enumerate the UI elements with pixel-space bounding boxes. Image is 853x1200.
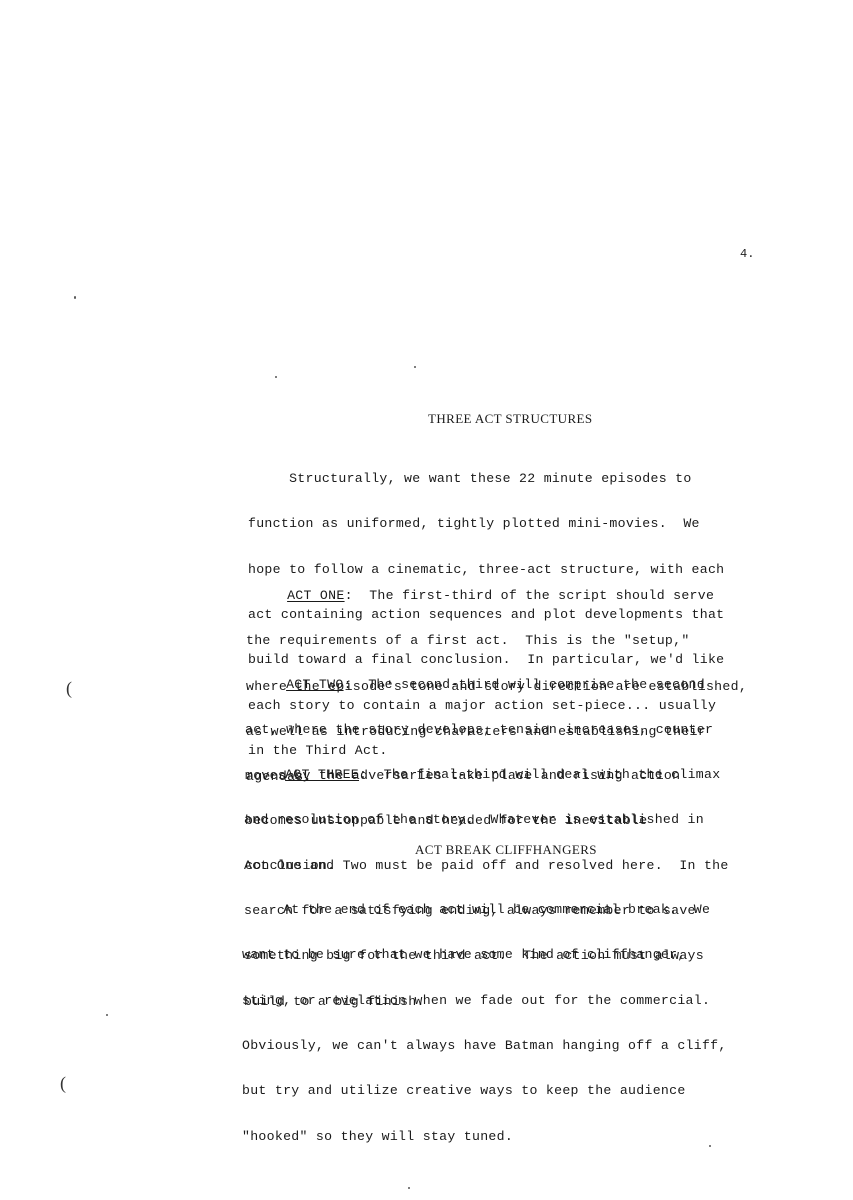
act-one-label: ACT ONE — [287, 588, 345, 603]
margin-mark: ( — [60, 1073, 66, 1094]
text-span: : The second-third will comprise the sec… — [344, 677, 705, 692]
scan-speck — [106, 1014, 108, 1016]
act-three-label: ACT THREE — [285, 767, 359, 782]
scan-speck — [408, 1187, 410, 1189]
text-line: Obviously, we can't always have Batman h… — [242, 1038, 727, 1053]
text-line: function as uniformed, tightly plotted m… — [248, 516, 724, 531]
act-two-label: ACT TWO — [286, 677, 344, 692]
text-line: act, where the story develops, tension i… — [245, 722, 713, 737]
text-line: Act One and Two must be paid off and res… — [244, 858, 729, 873]
text-line: sting, or revelation when we fade out fo… — [242, 993, 727, 1008]
page-number: 4. — [740, 247, 754, 261]
text-span: : The first-third of the script should s… — [345, 588, 715, 603]
text-line: ACT TWO: The second-third will comprise … — [245, 677, 713, 692]
text-line: At the end of each act will be commercia… — [242, 902, 727, 917]
text-line: but try and utilize creative ways to kee… — [242, 1083, 727, 1098]
section-heading-three-act-structures: THREE ACT STRUCTURES — [428, 411, 593, 427]
document-page: 4. ( ( THREE ACT STRUCTURES Structurally… — [0, 0, 853, 1200]
text-line: ACT ONE: The first-third of the script s… — [246, 588, 747, 603]
section-heading-act-break-cliffhangers: ACT BREAK CLIFFHANGERS — [415, 842, 597, 858]
text-line: and resolution of the story. Whatever is… — [244, 812, 729, 827]
scan-speck — [74, 296, 76, 299]
text-line: want to be sure that we have some kind o… — [242, 947, 727, 962]
text-span: : The final-third will deal with the cli… — [359, 767, 720, 782]
text-line: Structurally, we want these 22 minute ep… — [248, 471, 724, 486]
scan-speck — [414, 366, 416, 368]
cliffhangers-paragraph: At the end of each act will be commercia… — [242, 872, 727, 1174]
margin-mark: ( — [66, 678, 72, 699]
scan-speck — [275, 376, 277, 378]
text-line: ACT THREE: The final-third will deal wit… — [244, 767, 729, 782]
text-line: "hooked" so they will stay tuned. — [242, 1129, 727, 1144]
